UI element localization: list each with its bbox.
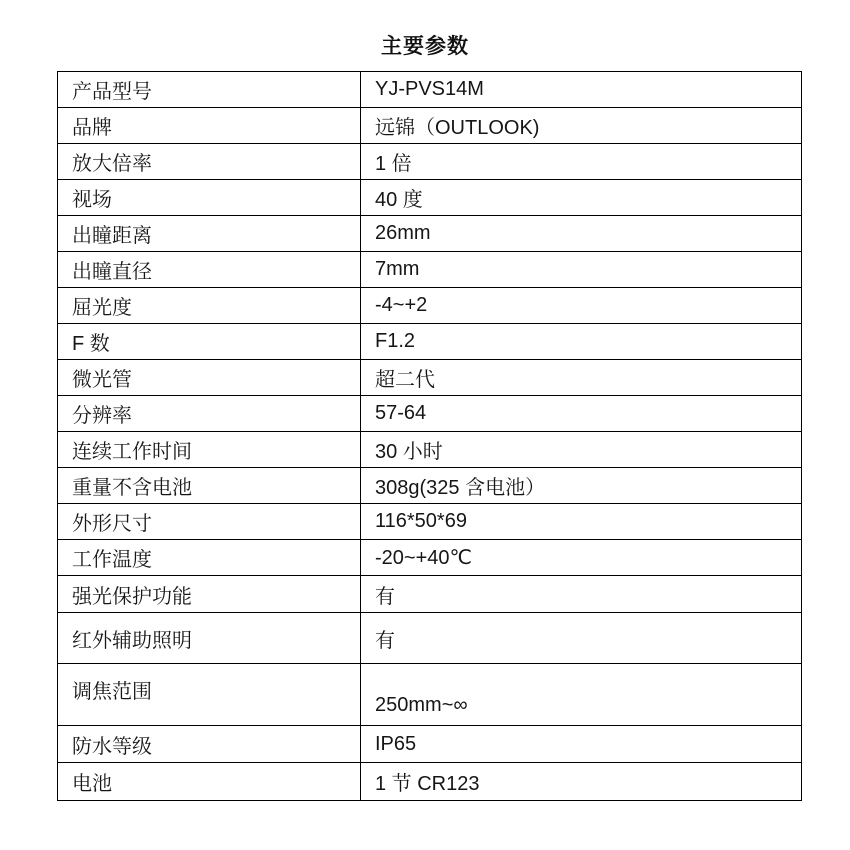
label-cell: 红外辅助照明 — [58, 613, 361, 664]
spec-table: 产品型号 YJ-PVS14M 品牌 远锦（OUTLOOK) 放大倍率 1 倍 视… — [57, 71, 802, 801]
table-row: 视场 40 度 — [58, 180, 802, 216]
value-cell: 30 小时 — [361, 432, 802, 468]
value-cell: 有 — [361, 576, 802, 613]
label-cell: 产品型号 — [58, 72, 361, 108]
value-cell: 250mm~∞ — [361, 664, 802, 726]
label-cell: 重量不含电池 — [58, 468, 361, 504]
table-row: 外形尺寸 116*50*69 — [58, 504, 802, 540]
value-cell: 1 节 CR123 — [361, 763, 802, 801]
table-row: 红外辅助照明 有 — [58, 613, 802, 664]
table-row: 强光保护功能 有 — [58, 576, 802, 613]
label-cell: 放大倍率 — [58, 144, 361, 180]
value-cell: F1.2 — [361, 324, 802, 360]
label-cell: 品牌 — [58, 108, 361, 144]
label-cell: 连续工作时间 — [58, 432, 361, 468]
label-cell: 强光保护功能 — [58, 576, 361, 613]
value-cell: 26mm — [361, 216, 802, 252]
table-row: 连续工作时间 30 小时 — [58, 432, 802, 468]
table-row: 品牌 远锦（OUTLOOK) — [58, 108, 802, 144]
label-cell: 微光管 — [58, 360, 361, 396]
table-row: 电池 1 节 CR123 — [58, 763, 802, 801]
table-row: 防水等级 IP65 — [58, 726, 802, 763]
value-cell: 308g(325 含电池） — [361, 468, 802, 504]
table-row: 产品型号 YJ-PVS14M — [58, 72, 802, 108]
value-cell: 116*50*69 — [361, 504, 802, 540]
value-cell: 7mm — [361, 252, 802, 288]
value-cell: 40 度 — [361, 180, 802, 216]
label-cell: 屈光度 — [58, 288, 361, 324]
value-cell: 57-64 — [361, 396, 802, 432]
label-cell: F 数 — [58, 324, 361, 360]
label-cell: 出瞳直径 — [58, 252, 361, 288]
value-cell: -4~+2 — [361, 288, 802, 324]
label-cell: 防水等级 — [58, 726, 361, 763]
label-cell: 视场 — [58, 180, 361, 216]
table-row: 重量不含电池 308g(325 含电池） — [58, 468, 802, 504]
label-cell: 出瞳距离 — [58, 216, 361, 252]
table-row: 工作温度 -20~+40℃ — [58, 540, 802, 576]
value-cell: -20~+40℃ — [361, 540, 802, 576]
table-row: 放大倍率 1 倍 — [58, 144, 802, 180]
label-cell: 分辨率 — [58, 396, 361, 432]
table-row: 分辨率 57-64 — [58, 396, 802, 432]
table-row: 出瞳直径 7mm — [58, 252, 802, 288]
label-cell: 工作温度 — [58, 540, 361, 576]
table-row: F 数 F1.2 — [58, 324, 802, 360]
value-cell: IP65 — [361, 726, 802, 763]
value-cell: 有 — [361, 613, 802, 664]
label-cell: 电池 — [58, 763, 361, 801]
table-row: 出瞳距离 26mm — [58, 216, 802, 252]
label-cell: 外形尺寸 — [58, 504, 361, 540]
value-cell: 1 倍 — [361, 144, 802, 180]
value-cell: 远锦（OUTLOOK) — [361, 108, 802, 144]
table-row: 微光管 超二代 — [58, 360, 802, 396]
label-cell: 调焦范围 — [58, 664, 361, 726]
value-cell: 超二代 — [361, 360, 802, 396]
table-row: 调焦范围 250mm~∞ — [58, 664, 802, 726]
document-title: 主要参数 — [0, 30, 850, 60]
table-row: 屈光度 -4~+2 — [58, 288, 802, 324]
value-cell: YJ-PVS14M — [361, 72, 802, 108]
